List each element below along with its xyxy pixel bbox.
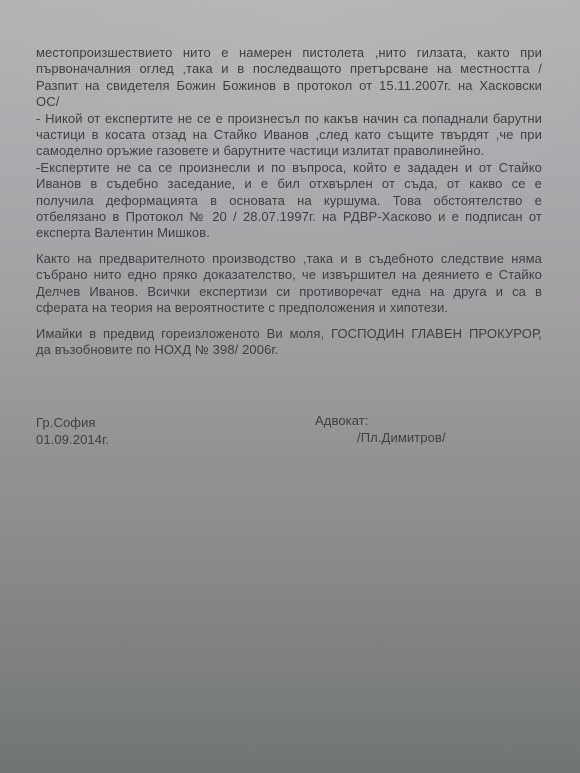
document-line: ОС/ bbox=[36, 94, 542, 110]
signature-role: Адвокат: bbox=[315, 412, 446, 429]
document-line: самоделно оръжие газовете и барутните ча… bbox=[36, 143, 542, 159]
signature-block: Гр.София 01.09.2014г. Адвокат: /Пл.Димит… bbox=[36, 414, 542, 454]
document-line: - Никой от експертите не се е произнесъл… bbox=[36, 111, 542, 127]
document-line: Както на предварителното производство ,т… bbox=[36, 251, 542, 267]
signature-place-date: Гр.София 01.09.2014г. bbox=[36, 414, 109, 448]
signature-city: Гр.София bbox=[36, 414, 109, 431]
document-line: експерта Валентин Мишков. bbox=[36, 225, 542, 241]
signature-name: /Пл.Димитров/ bbox=[357, 429, 446, 446]
photographed-document-page: местопроизшествието нито е намерен писто… bbox=[0, 0, 580, 773]
document-line: частици в косата отзад на Стайко Иванов … bbox=[36, 127, 542, 143]
signature-attorney: Адвокат: /Пл.Димитров/ bbox=[315, 412, 446, 446]
document-line: първоначалния оглед ,така и в последващо… bbox=[36, 61, 542, 77]
document-line: отбелязано в Протокол № 20 / 28.07.1997г… bbox=[36, 209, 542, 225]
document-line: събрано нито едно пряко доказателство, ч… bbox=[36, 267, 542, 283]
document-line: Делчев Иванов. Всички експертизи си прот… bbox=[36, 284, 542, 300]
document-text-block: местопроизшествието нито е намерен писто… bbox=[36, 45, 542, 454]
document-line: местопроизшествието нито е намерен писто… bbox=[36, 45, 542, 61]
document-line: Имайки в предвид гореизложеното Ви моля,… bbox=[36, 326, 542, 342]
document-line: Иванов в съдебно заседание, и е бил отхв… bbox=[36, 176, 542, 192]
document-line: получила деформацията в основата на курш… bbox=[36, 193, 542, 209]
signature-date: 01.09.2014г. bbox=[36, 431, 109, 448]
document-line: Разпит на свидетеля Божин Божинов в прот… bbox=[36, 78, 542, 94]
document-line: да възобновите по НОХД № 398/ 2006г. bbox=[36, 342, 542, 358]
document-line: -Експертите не са се произнесли и по въп… bbox=[36, 160, 542, 176]
document-line: сферата на теория на вероятностите с пре… bbox=[36, 300, 542, 316]
